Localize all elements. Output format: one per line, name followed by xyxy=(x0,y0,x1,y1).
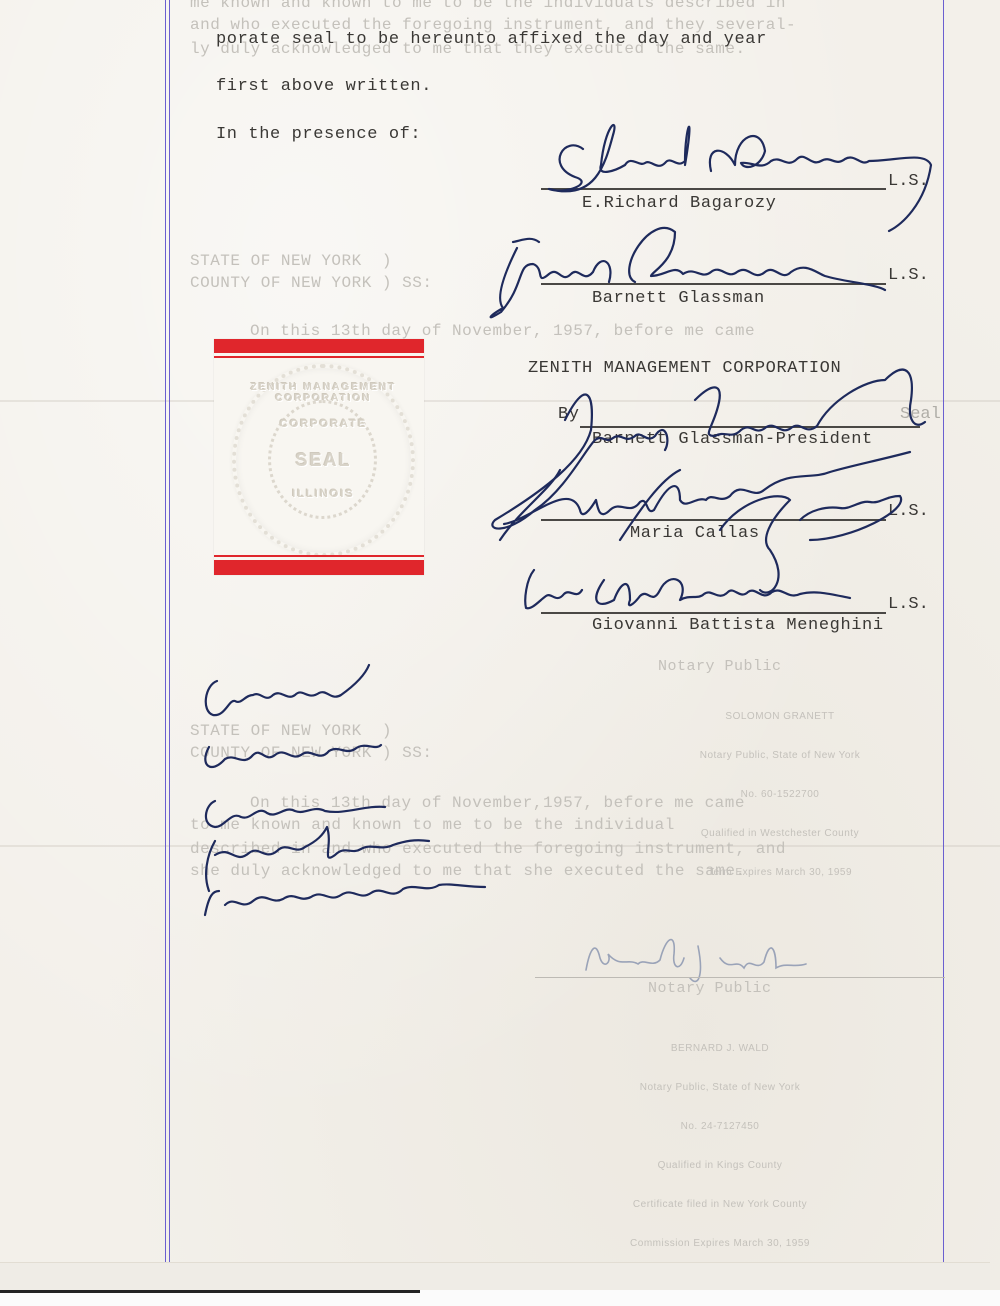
corporate-seal: ZENITH MANAGEMENT CORPORATION CORPORATE … xyxy=(214,339,424,575)
seal-red-band-bottom xyxy=(214,560,424,575)
body-line-2: first above written. xyxy=(216,77,432,96)
paper-bottom-edge xyxy=(0,1262,990,1291)
presence-label: In the presence of: xyxy=(216,125,421,144)
left-margin-line xyxy=(169,0,170,1262)
scan-edge xyxy=(0,1290,1000,1306)
embossed-seal: ZENITH MANAGEMENT CORPORATION CORPORATE … xyxy=(232,364,415,557)
ghost-notary-stamp: BERNARD J. WALD Notary Public, State of … xyxy=(600,1016,840,1276)
ghost-line: COUNTY OF NEW YORK ) SS: xyxy=(190,274,432,292)
seal-center-text: SEAL xyxy=(236,450,411,471)
document-page: me known and known to me to be the indiv… xyxy=(0,0,1000,1290)
seal-red-band-top xyxy=(214,339,424,353)
ghost-line: STATE OF NEW YORK ) xyxy=(190,252,392,270)
left-margin-line xyxy=(165,0,166,1262)
signature-meneghini xyxy=(520,560,880,620)
body-line-1: porate seal to be hereunto affixed the d… xyxy=(216,30,767,49)
seal-inner-bottom-text: ILLINOIS xyxy=(236,488,411,500)
seal-red-stripe xyxy=(214,555,424,557)
ghost-line: me known and known to me to be the indiv… xyxy=(190,0,786,12)
ghost-notary-label: Notary Public xyxy=(658,658,782,675)
ghost-notary-line xyxy=(535,977,945,978)
seal-inner-top-text: CORPORATE xyxy=(236,418,411,430)
signature-bagarozy xyxy=(535,105,945,225)
seal-red-stripe xyxy=(214,356,424,358)
ghost-notary-signature xyxy=(580,928,860,988)
handwritten-escrow-note xyxy=(195,655,505,915)
ghost-notary-label: Notary Public xyxy=(648,980,772,997)
signature-glassman xyxy=(475,212,895,322)
ghost-line: On this 13th day of November, 1957, befo… xyxy=(250,322,755,340)
